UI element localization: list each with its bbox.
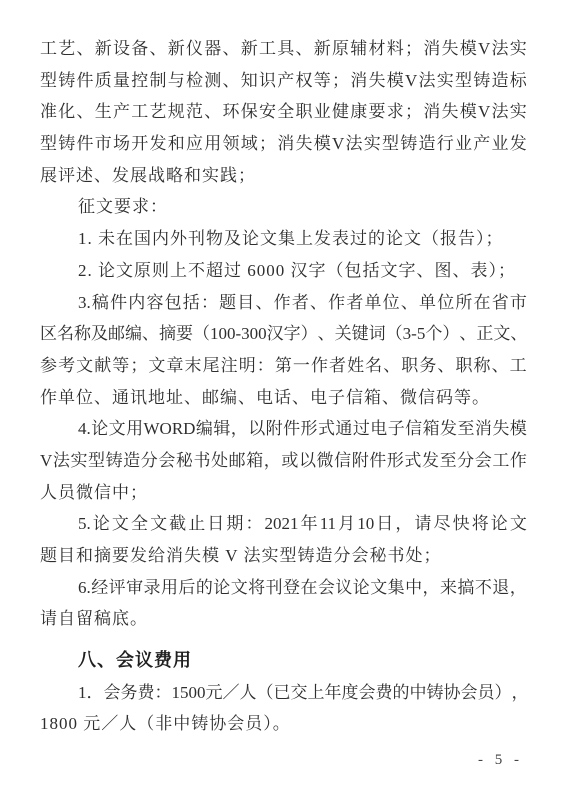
text-token: 模 <box>460 96 477 128</box>
text-token: 快 <box>453 508 470 540</box>
text-token: 过 <box>353 413 370 445</box>
text-token: 电 <box>370 413 387 445</box>
text-token: 期 <box>226 508 243 540</box>
text-token: 一 <box>293 350 310 382</box>
text-token: 、 <box>77 33 94 65</box>
text-token: 论 <box>91 413 108 445</box>
text-token: 至 <box>440 445 457 477</box>
text-token: 工 <box>131 96 148 128</box>
text-token: 件 <box>77 65 94 97</box>
text-token: 文 <box>370 572 387 604</box>
text-token: （ <box>193 318 210 350</box>
text-token: ： <box>257 350 274 382</box>
text-token: 尽 <box>434 508 451 540</box>
text-token: 材 <box>369 33 386 65</box>
text-token: 安 <box>259 96 276 128</box>
text-token: 、 <box>437 350 454 382</box>
text-token: 录 <box>144 572 161 604</box>
text-token: ； <box>405 33 422 65</box>
text-token: 10 <box>357 508 374 540</box>
text-token: 注 <box>221 350 238 382</box>
text-line: 3.稿件内容包括：题目、作者、作者单位、单位所在省市 <box>40 287 527 319</box>
text-token: 摘 <box>159 318 176 350</box>
text-token: 字 <box>284 318 301 350</box>
text-token: 尾 <box>203 350 220 382</box>
text-token: 协 <box>444 677 461 709</box>
text-token: 艺 <box>150 96 167 128</box>
text-token: 章 <box>166 350 183 382</box>
text-token: 域 <box>241 128 258 160</box>
text-token: 作 <box>328 287 345 319</box>
text-token: 、 <box>77 96 94 128</box>
text-token: 容 <box>146 287 163 319</box>
text-token: 、 <box>383 350 400 382</box>
text-token: V <box>478 33 490 65</box>
text-token: 经 <box>91 572 108 604</box>
text-token: V <box>405 65 417 97</box>
text-token: 产 <box>473 128 490 160</box>
text-line: 4.论文用WORD编辑，以附件形式通过电子信箱发至消失模 <box>40 413 527 445</box>
text-token: 所 <box>455 287 472 319</box>
text-token: 会 <box>475 445 492 477</box>
text-token: 原 <box>332 33 349 65</box>
text-token: 识 <box>259 65 276 97</box>
text-line: V法实型铸造分会秘书处邮箱，或以微信附件形式发至分会工作 <box>40 445 527 477</box>
text-token: ； <box>259 128 276 160</box>
text-token: 处 <box>211 445 228 477</box>
text-token: 上 <box>308 677 325 709</box>
text-token: 论 <box>353 572 370 604</box>
text-token: 文 <box>150 508 167 540</box>
text-token: 书 <box>193 445 210 477</box>
text-line: 1．会务费：1500元／人（已交上年度会费的中铸协会员）， <box>40 677 527 709</box>
text-token: 参 <box>40 350 57 382</box>
text-token: 单 <box>419 287 436 319</box>
text-token: 检 <box>186 65 203 97</box>
text-token: 文 <box>112 508 129 540</box>
text-token: 称 <box>74 318 91 350</box>
text-token: 、 <box>310 287 327 319</box>
text-token: 稿 <box>92 287 109 319</box>
text-token: 年 <box>325 677 342 709</box>
text-token: ， <box>510 572 527 604</box>
text-token: 将 <box>472 508 489 540</box>
text-token: V <box>478 96 490 128</box>
text-token: ） <box>442 318 459 350</box>
text-line: 准化、生产工艺规范、环保安全职业健康要求；消失模V法实 <box>40 96 527 128</box>
text-token: 新 <box>168 33 185 65</box>
text-token: 论 <box>491 508 508 540</box>
text-token: 型 <box>40 65 57 97</box>
text-token: 包 <box>165 287 182 319</box>
text-token: 区 <box>40 318 57 350</box>
text-token: 考 <box>58 350 75 382</box>
text-token: 铸 <box>427 677 444 709</box>
text-token: 文 <box>76 350 93 382</box>
text-token: 的 <box>196 572 213 604</box>
text-token: 文 <box>148 350 165 382</box>
text-token: 器 <box>204 33 221 65</box>
text-token: 文 <box>231 572 248 604</box>
text-token: 法 <box>419 65 436 97</box>
text-token: 用 <box>204 128 221 160</box>
text-token: 全 <box>277 96 294 128</box>
text-token: 者 <box>329 350 346 382</box>
text-token: 用 <box>161 572 178 604</box>
text-token: 省 <box>492 287 509 319</box>
text-token: 控 <box>131 65 148 97</box>
text-token: 名 <box>365 350 382 382</box>
text-token: 论 <box>93 508 110 540</box>
text-token: 100-300 <box>210 318 267 350</box>
text-token: 铸 <box>473 65 490 97</box>
text-token: 权 <box>296 65 313 97</box>
text-token: 形 <box>301 413 318 445</box>
text-token: 发 <box>150 128 167 160</box>
text-token: 仪 <box>186 33 203 65</box>
text-token: 位 <box>383 287 400 319</box>
text-token: 开 <box>131 128 148 160</box>
text-token: 应 <box>186 128 203 160</box>
text-token: 汉 <box>267 318 284 350</box>
text-token: 准 <box>40 96 57 128</box>
text-token: 、 <box>150 33 167 65</box>
text-token: 型 <box>382 128 399 160</box>
text-token: 法 <box>492 96 509 128</box>
text-token: 场 <box>113 128 130 160</box>
text-token: 、 <box>296 33 313 65</box>
text-token: 刊 <box>266 572 283 604</box>
text-token: 实 <box>364 128 381 160</box>
text-token: 件 <box>283 413 300 445</box>
text-line: 作单位、通讯地址、邮编、电话、电子信箱、微信码等。 <box>40 382 527 414</box>
text-token: 用 <box>126 413 143 445</box>
text-token: （ <box>386 318 403 350</box>
text-token: 在 <box>474 287 491 319</box>
text-token: 工 <box>492 445 509 477</box>
text-token: 、 <box>142 318 159 350</box>
text-token: 、 <box>510 318 527 350</box>
text-token: ； <box>405 96 422 128</box>
text-token: 个 <box>425 318 442 350</box>
text-line: 工艺、新设备、新仪器、新工具、新原辅材料；消失模V法实 <box>40 33 527 65</box>
text-token: 议 <box>335 572 352 604</box>
text-token: 失 <box>296 128 313 160</box>
text-token: 职 <box>401 350 418 382</box>
text-token: 键 <box>352 318 369 350</box>
text-token: 消 <box>350 65 367 97</box>
text-token: ： <box>245 508 262 540</box>
text-token: 市 <box>510 287 527 319</box>
text-token: 员 <box>478 677 495 709</box>
text-token: WORD <box>144 413 196 445</box>
text-token: 失 <box>492 413 509 445</box>
text-token: 不 <box>475 572 492 604</box>
text-token: 、 <box>401 287 418 319</box>
text-token: 人 <box>240 677 257 709</box>
text-token: 备 <box>131 33 148 65</box>
text-token: 失 <box>442 33 459 65</box>
text-token: 式 <box>404 445 421 477</box>
text-token: 会 <box>318 572 335 604</box>
text-token: 业 <box>455 128 472 160</box>
text-token: 5. <box>78 508 91 540</box>
text-token: 附 <box>352 445 369 477</box>
text-token: 信 <box>405 413 422 445</box>
text-token: 4. <box>78 413 91 445</box>
text-token: 健 <box>332 96 349 128</box>
text-token: 费 <box>138 677 155 709</box>
text-token: 费 <box>376 677 393 709</box>
text-token: 分 <box>457 445 474 477</box>
text-token: 康 <box>350 96 367 128</box>
text-token: 发 <box>440 413 457 445</box>
text-token: 信 <box>334 445 351 477</box>
text-token: 业 <box>492 128 509 160</box>
text-token: 或 <box>281 445 298 477</box>
text-token: 月 <box>338 508 355 540</box>
text-token: 艺 <box>58 33 75 65</box>
text-token: 造 <box>492 65 509 97</box>
text-token: 范 <box>186 96 203 128</box>
text-token: 单 <box>365 287 382 319</box>
text-body: 工艺、新设备、新仪器、新工具、新原辅材料；消失模V法实型铸件质量控制与检测、知识… <box>40 33 527 740</box>
text-token: 评 <box>109 572 126 604</box>
text-token: 2021 <box>265 508 299 540</box>
text-token: 11 <box>320 508 336 540</box>
text-token: 造 <box>123 445 140 477</box>
text-line: 1. 未在国内外刊物及论文集上发表过的论文（报告）； <box>40 223 527 255</box>
text-token: 者 <box>292 287 309 319</box>
text-token: 职 <box>296 96 313 128</box>
text-token: 消 <box>423 33 440 65</box>
text-token: 位 <box>437 287 454 319</box>
text-token: 会 <box>359 677 376 709</box>
text-token: ． <box>87 677 104 709</box>
text-token: 及 <box>91 318 108 350</box>
text-token: 件 <box>110 287 127 319</box>
text-line: 型铸件市场开发和应用领域；消失模V法实型铸造行业产业发 <box>40 128 527 160</box>
text-token: 式 <box>318 413 335 445</box>
text-token: 秘 <box>176 445 193 477</box>
text-token: 箱 <box>246 445 263 477</box>
text-token: 领 <box>223 128 240 160</box>
text-token: 料 <box>387 33 404 65</box>
text-token: 子 <box>388 413 405 445</box>
text-line: 型铸件质量控制与检测、知识产权等；消失模V法实型铸造标 <box>40 65 527 97</box>
text-token: 铸 <box>106 445 123 477</box>
text-token: 邮 <box>108 318 125 350</box>
text-token: 标 <box>510 65 527 97</box>
text-token: 具 <box>277 33 294 65</box>
text-token: 法 <box>492 33 509 65</box>
section-heading: 八、会议费用 <box>40 645 527 677</box>
text-token: ， <box>264 445 281 477</box>
text-token: 请 <box>414 508 431 540</box>
text-token: 实 <box>70 445 87 477</box>
text-token: 、 <box>492 350 509 382</box>
text-token: 末 <box>185 350 202 382</box>
text-token: 新 <box>241 33 258 65</box>
text-token: 规 <box>168 96 185 128</box>
text-token: 已 <box>274 677 291 709</box>
text-token: 工 <box>510 350 527 382</box>
text-token: 至 <box>457 413 474 445</box>
text-token: 、 <box>223 33 240 65</box>
text-token: 词 <box>369 318 386 350</box>
text-token: 第 <box>275 350 292 382</box>
text-token: 件 <box>369 445 386 477</box>
text-token: 后 <box>178 572 195 604</box>
text-token: ） <box>301 318 318 350</box>
text-token: 通 <box>335 413 352 445</box>
text-token: 要 <box>176 318 193 350</box>
text-token: 制 <box>150 65 167 97</box>
text-token: 工 <box>259 33 276 65</box>
text-token: 形 <box>387 445 404 477</box>
text-token: 造 <box>419 128 436 160</box>
text-token: 3-5 <box>403 318 426 350</box>
text-line: 请自留稿底。 <box>40 603 527 635</box>
text-token: 、 <box>204 96 221 128</box>
text-line: 6.经评审录用后的论文将刊登在会议论文集中，来搞不退， <box>40 572 527 604</box>
text-token: 失 <box>442 96 459 128</box>
text-token: 消 <box>423 96 440 128</box>
text-token: 质 <box>95 65 112 97</box>
text-token: 以 <box>248 413 265 445</box>
text-token: 市 <box>95 128 112 160</box>
text-token: 等 <box>314 65 331 97</box>
text-token: 型 <box>88 445 105 477</box>
text-token: 元 <box>206 677 223 709</box>
text-line: 题目和摘要发给消失模 V 法实型铸造分会秘书处； <box>40 540 527 572</box>
text-token: 生 <box>95 96 112 128</box>
text-token: 截 <box>169 508 186 540</box>
text-token: 法 <box>53 445 70 477</box>
text-token: 中 <box>405 572 422 604</box>
text-token: 实 <box>510 33 527 65</box>
text-token: 模 <box>460 33 477 65</box>
text-token: 要 <box>369 96 386 128</box>
text-token: ， <box>231 413 248 445</box>
text-token: 3. <box>78 287 91 319</box>
text-token: 度 <box>342 677 359 709</box>
text-token: ， <box>395 508 412 540</box>
text-token: 编 <box>196 413 213 445</box>
text-token: 的 <box>393 677 410 709</box>
text-token: 辑 <box>213 413 230 445</box>
text-token: 型 <box>40 128 57 160</box>
text-token: 退 <box>492 572 509 604</box>
text-token: ： <box>201 287 218 319</box>
text-line: 参考文献等；文章末尾注明：第一作者姓名、职务、职称、工 <box>40 350 527 382</box>
text-token: 务 <box>121 677 138 709</box>
text-token: 求 <box>387 96 404 128</box>
text-token: 设 <box>113 33 130 65</box>
text-token: 登 <box>283 572 300 604</box>
text-token: 实 <box>510 96 527 128</box>
text-token: 模 <box>510 413 527 445</box>
text-token: 发 <box>510 128 527 160</box>
text-token: 邮 <box>229 445 246 477</box>
text-token: 消 <box>475 413 492 445</box>
text-token: 关 <box>335 318 352 350</box>
text-token: ； <box>130 350 147 382</box>
text-token: 正 <box>476 318 493 350</box>
text-token: 括 <box>183 287 200 319</box>
text-line: 5.论文全文截止日期：2021年11月10日，请尽快将论文 <box>40 508 527 540</box>
text-token: 行 <box>437 128 454 160</box>
text-token: 中 <box>410 677 427 709</box>
text-token: 模 <box>387 65 404 97</box>
text-token: 模 <box>314 128 331 160</box>
text-token: 编 <box>125 318 142 350</box>
text-token: 明 <box>239 350 256 382</box>
text-token: 1 <box>78 677 87 709</box>
text-token: 化 <box>58 96 75 128</box>
text-token: 会 <box>461 677 478 709</box>
text-token: 产 <box>277 65 294 97</box>
text-token: 年 <box>301 508 318 540</box>
text-token: 工 <box>40 33 57 65</box>
text-token: 日 <box>207 508 224 540</box>
text-line: 征文要求： <box>40 191 527 223</box>
text-token: V <box>40 445 52 477</box>
text-token: 等 <box>112 350 129 382</box>
text-token: （ <box>257 677 274 709</box>
text-token: V <box>332 128 344 160</box>
text-line: 1800 元／人（非中铸协会员）。 <box>40 708 527 740</box>
text-token: 称 <box>474 350 491 382</box>
text-token: 、 <box>223 65 240 97</box>
text-token: 集 <box>388 572 405 604</box>
text-token: 发 <box>422 445 439 477</box>
text-token: 止 <box>188 508 205 540</box>
text-token: 题 <box>219 287 236 319</box>
text-token: 新 <box>95 33 112 65</box>
text-token: 分 <box>141 445 158 477</box>
text-token: 与 <box>168 65 185 97</box>
text-token: ； <box>332 65 349 97</box>
text-token: 目 <box>237 287 254 319</box>
text-token: 文 <box>493 318 510 350</box>
text-token: 保 <box>241 96 258 128</box>
text-token: 铸 <box>58 65 75 97</box>
text-token: 环 <box>223 96 240 128</box>
document-page: 工艺、新设备、新仪器、新工具、新原辅材料；消失模V法实型铸件质量控制与检测、知识… <box>0 0 567 800</box>
text-token: 铸 <box>400 128 417 160</box>
text-token: 日 <box>376 508 393 540</box>
text-token: 件 <box>77 128 94 160</box>
text-token: 交 <box>291 677 308 709</box>
text-token: 知 <box>241 65 258 97</box>
text-token: 辅 <box>350 33 367 65</box>
text-token: 业 <box>314 96 331 128</box>
text-token: 在 <box>300 572 317 604</box>
text-token: 、 <box>255 287 272 319</box>
text-token: 搞 <box>457 572 474 604</box>
text-token: 文 <box>109 413 126 445</box>
text-token: ： <box>155 677 172 709</box>
text-token: 和 <box>168 128 185 160</box>
text-line: 展评述、发展战略和实践； <box>40 160 527 192</box>
text-token: ） <box>495 677 512 709</box>
text-line: 人员微信中； <box>40 477 527 509</box>
text-token: 消 <box>277 128 294 160</box>
text-token: 微 <box>317 445 334 477</box>
text-token: 实 <box>437 65 454 97</box>
text-token: 铸 <box>58 128 75 160</box>
